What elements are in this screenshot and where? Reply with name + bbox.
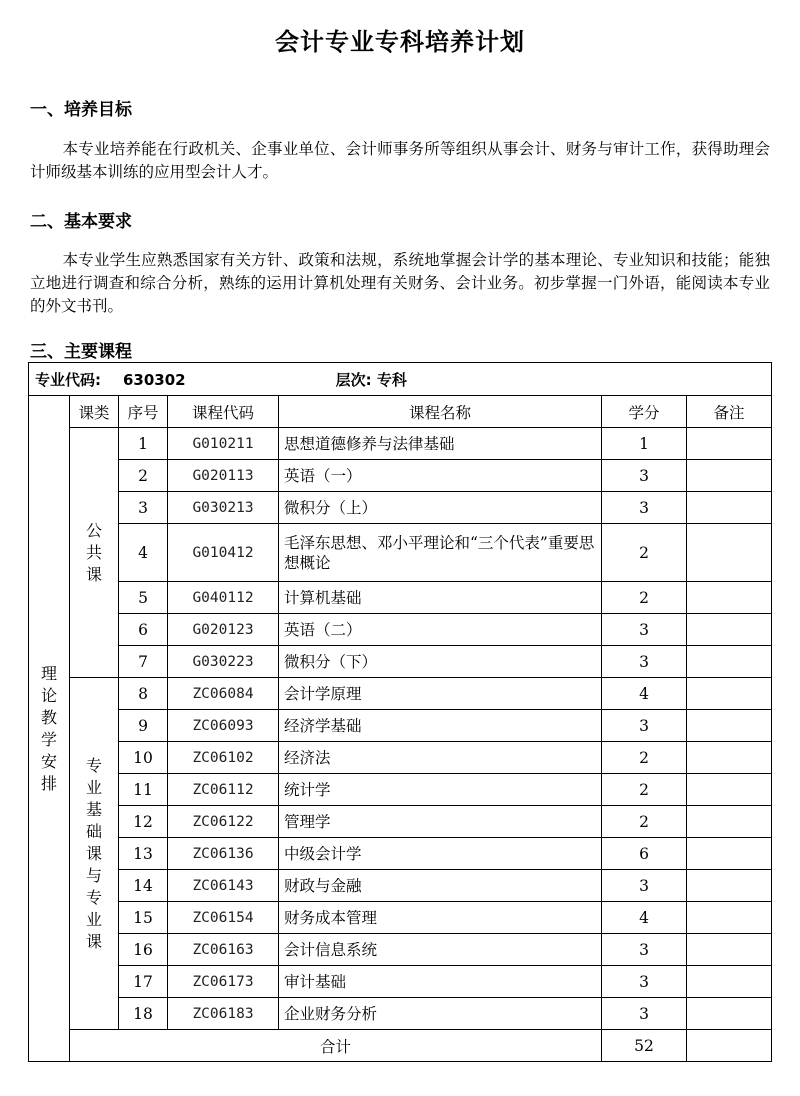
row-credits: 3: [602, 966, 687, 998]
section-heading-courses: 三、主要课程: [30, 337, 132, 362]
row-seq: 6: [119, 614, 168, 646]
row-name: 计算机基础: [279, 582, 602, 614]
row-name: 英语（一）: [279, 460, 602, 492]
row-credits: 3: [602, 460, 687, 492]
row-code: ZC06112: [168, 774, 279, 806]
row-seq: 7: [119, 646, 168, 678]
row-name: 思想道德修养与法律基础: [279, 428, 602, 460]
row-notes: [687, 524, 772, 582]
row-seq: 5: [119, 582, 168, 614]
row-credits: 3: [602, 492, 687, 524]
row-name: 统计学: [279, 774, 602, 806]
row-code: G020123: [168, 614, 279, 646]
row-code: ZC06154: [168, 902, 279, 934]
row-notes: [687, 902, 772, 934]
row-credits: 3: [602, 614, 687, 646]
group-cell-public: 公共课: [70, 428, 119, 678]
row-notes: [687, 710, 772, 742]
row-notes: [687, 806, 772, 838]
section-body-goals: 本专业培养能在行政机关、企事业单位、会计师事务所等组织从事会计、财务与审计工作，…: [30, 138, 770, 184]
row-code: G010412: [168, 524, 279, 582]
outer-group-label: 理论教学安排: [41, 663, 57, 795]
row-credits: 4: [602, 678, 687, 710]
table-row: 3 G030213 微积分（上） 3: [29, 492, 772, 524]
row-notes: [687, 934, 772, 966]
row-name: 财务成本管理: [279, 902, 602, 934]
major-code-label: 专业代码:: [35, 371, 101, 389]
table-row: 15 ZC06154 财务成本管理 4: [29, 902, 772, 934]
row-code: ZC06122: [168, 806, 279, 838]
table-header-row: 理论教学安排 课类 序号 课程代码 课程名称 学分 备注: [29, 396, 772, 428]
row-code: ZC06173: [168, 966, 279, 998]
row-notes: [687, 742, 772, 774]
table-row: 4 G010412 毛泽东思想、邓小平理论和“三个代表”重要思想概论 2: [29, 524, 772, 582]
row-credits: 3: [602, 998, 687, 1030]
total-credits: 52: [602, 1030, 687, 1062]
table-row: 2 G020113 英语（一） 3: [29, 460, 772, 492]
level-label: 层次:: [336, 371, 372, 389]
row-notes: [687, 492, 772, 524]
row-name: 审计基础: [279, 966, 602, 998]
table-meta-row: 专业代码:630302层次: 专科: [29, 363, 772, 396]
course-plan-table: 专业代码:630302层次: 专科 理论教学安排 课类 序号 课程代码 课程名称…: [28, 362, 772, 1062]
total-label: 合计: [70, 1030, 602, 1062]
row-code: ZC06084: [168, 678, 279, 710]
section-body-requirements: 本专业学生应熟悉国家有关方针、政策和法规，系统地掌握会计学的基本理论、专业知识和…: [30, 249, 770, 318]
table-row: 17 ZC06173 审计基础 3: [29, 966, 772, 998]
row-credits: 2: [602, 582, 687, 614]
row-name: 毛泽东思想、邓小平理论和“三个代表”重要思想概论: [279, 524, 602, 582]
header-name: 课程名称: [279, 396, 602, 428]
table-row: 16 ZC06163 会计信息系统 3: [29, 934, 772, 966]
row-seq: 1: [119, 428, 168, 460]
section-heading-goals: 一、培养目标: [30, 95, 132, 120]
table-row: 专业基础课与专业课 8 ZC06084 会计学原理 4: [29, 678, 772, 710]
row-code: ZC06136: [168, 838, 279, 870]
row-notes: [687, 774, 772, 806]
row-credits: 2: [602, 524, 687, 582]
group-cell-professional: 专业基础课与专业课: [70, 678, 119, 1030]
row-notes: [687, 428, 772, 460]
row-name: 会计信息系统: [279, 934, 602, 966]
row-name: 财政与金融: [279, 870, 602, 902]
row-seq: 13: [119, 838, 168, 870]
row-notes: [687, 582, 772, 614]
row-code: G020113: [168, 460, 279, 492]
row-name: 管理学: [279, 806, 602, 838]
level-value: 专科: [377, 371, 407, 389]
row-credits: 3: [602, 934, 687, 966]
table-row: 14 ZC06143 财政与金融 3: [29, 870, 772, 902]
row-code: ZC06102: [168, 742, 279, 774]
row-seq: 10: [119, 742, 168, 774]
row-notes: [687, 838, 772, 870]
row-notes: [687, 460, 772, 492]
row-seq: 12: [119, 806, 168, 838]
row-name: 中级会计学: [279, 838, 602, 870]
row-credits: 3: [602, 646, 687, 678]
table-row: 7 G030223 微积分（下） 3: [29, 646, 772, 678]
table-row: 6 G020123 英语（二） 3: [29, 614, 772, 646]
row-seq: 11: [119, 774, 168, 806]
row-notes: [687, 998, 772, 1030]
row-notes: [687, 646, 772, 678]
table-row: 13 ZC06136 中级会计学 6: [29, 838, 772, 870]
row-seq: 14: [119, 870, 168, 902]
row-seq: 2: [119, 460, 168, 492]
document-title: 会计专业专科培养计划: [0, 22, 800, 57]
row-notes: [687, 678, 772, 710]
row-code: ZC06143: [168, 870, 279, 902]
row-credits: 1: [602, 428, 687, 460]
row-seq: 15: [119, 902, 168, 934]
row-notes: [687, 870, 772, 902]
row-name: 英语（二）: [279, 614, 602, 646]
header-code: 课程代码: [168, 396, 279, 428]
row-code: G010211: [168, 428, 279, 460]
table-row: 5 G040112 计算机基础 2: [29, 582, 772, 614]
row-name: 经济学基础: [279, 710, 602, 742]
row-code: ZC06183: [168, 998, 279, 1030]
table-row: 12 ZC06122 管理学 2: [29, 806, 772, 838]
row-seq: 3: [119, 492, 168, 524]
row-name: 经济法: [279, 742, 602, 774]
row-credits: 3: [602, 710, 687, 742]
row-seq: 4: [119, 524, 168, 582]
row-code: G030223: [168, 646, 279, 678]
row-seq: 18: [119, 998, 168, 1030]
major-code-value: 630302: [123, 371, 186, 389]
table-row: 10 ZC06102 经济法 2: [29, 742, 772, 774]
row-credits: 3: [602, 870, 687, 902]
row-code: G040112: [168, 582, 279, 614]
row-name: 微积分（上）: [279, 492, 602, 524]
table-meta-cell: 专业代码:630302层次: 专科: [29, 363, 772, 396]
table-row: 9 ZC06093 经济学基础 3: [29, 710, 772, 742]
row-notes: [687, 614, 772, 646]
header-seq: 序号: [119, 396, 168, 428]
row-name: 微积分（下）: [279, 646, 602, 678]
table-row: 18 ZC06183 企业财务分析 3: [29, 998, 772, 1030]
row-credits: 2: [602, 742, 687, 774]
row-code: ZC06163: [168, 934, 279, 966]
table-total-row: 合计 52: [29, 1030, 772, 1062]
header-notes: 备注: [687, 396, 772, 428]
row-credits: 2: [602, 806, 687, 838]
group-label-professional: 专业基础课与专业课: [86, 755, 102, 953]
row-seq: 9: [119, 710, 168, 742]
row-seq: 8: [119, 678, 168, 710]
total-notes: [687, 1030, 772, 1062]
row-credits: 6: [602, 838, 687, 870]
row-notes: [687, 966, 772, 998]
row-credits: 4: [602, 902, 687, 934]
row-credits: 2: [602, 774, 687, 806]
row-seq: 17: [119, 966, 168, 998]
header-credits: 学分: [602, 396, 687, 428]
group-label-public: 公共课: [86, 520, 102, 586]
row-code: G030213: [168, 492, 279, 524]
outer-group-cell: 理论教学安排: [29, 396, 70, 1062]
section-heading-requirements: 二、基本要求: [30, 207, 132, 232]
row-name: 会计学原理: [279, 678, 602, 710]
row-seq: 16: [119, 934, 168, 966]
header-category: 课类: [70, 396, 119, 428]
row-code: ZC06093: [168, 710, 279, 742]
table-row: 公共课 1 G010211 思想道德修养与法律基础 1: [29, 428, 772, 460]
table-row: 11 ZC06112 统计学 2: [29, 774, 772, 806]
row-name: 企业财务分析: [279, 998, 602, 1030]
